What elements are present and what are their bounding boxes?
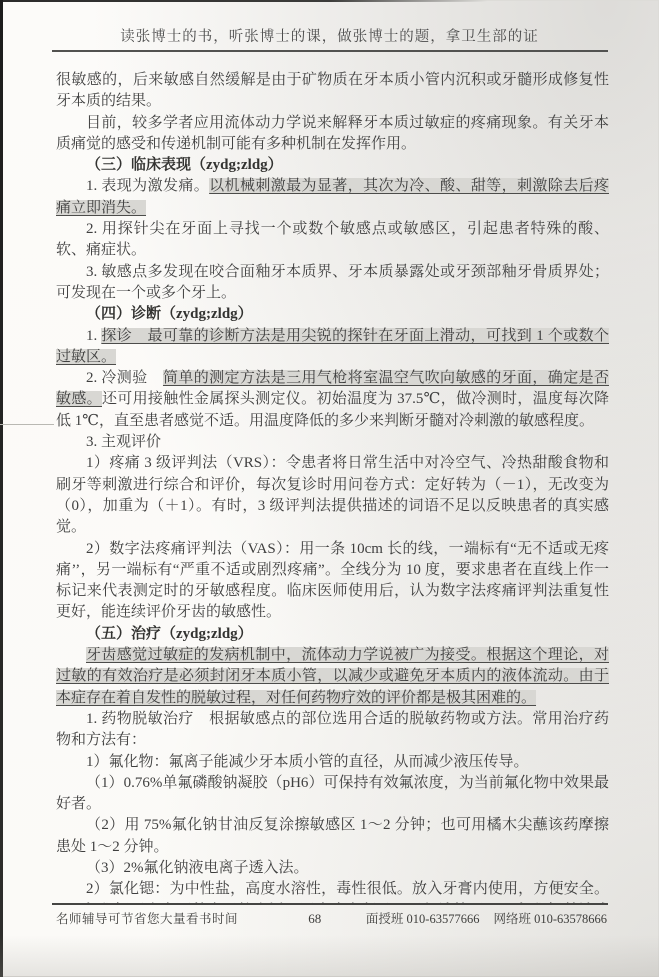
highlighted-text: 牙齿感觉过敏症的发病机制中，流体动力学说被广为接受。根据这个理论，对过敏的有效治… — [56, 647, 609, 706]
page-left-edge — [0, 0, 3, 977]
text-segment: 2. 冷测验 — [86, 370, 163, 386]
text-segment: （3）2%氟化钠液电离子透入法。 — [86, 860, 309, 876]
paragraph: 1）疼痛 3 级评判法（VRS）：令患者将日常生活中对冷空气、冷热甜酸食物和刷牙… — [56, 453, 609, 538]
text-segment: 2. 用探针尖在牙面上寻找一个或数个敏感点或敏感区，引起患者特殊的酸、软、痛症状… — [56, 221, 609, 258]
section-heading: （三）临床表现（zydg;zldg） — [56, 155, 609, 176]
text-segment: 3. 敏感点多发现在咬合面釉牙本质界、牙本质暴露处或牙颈部釉牙骨质界处；可发现在… — [56, 264, 609, 301]
text-segment: （三）临床表现（zydg;zldg） — [86, 157, 283, 173]
paragraph: 1. 药物脱敏治疗 根据敏感点的部位选用合适的脱敏药物或方法。常用治疗药物和方法… — [56, 709, 609, 752]
page-footer: 名师辅导可节省您大量看书时间 68 面授班 010-63577666 网络班 0… — [56, 909, 607, 927]
text-segment: 还可用接触性金属探头测定仪。初始温度为 37.5℃，做冷测时，温度每次降低 1℃… — [56, 391, 609, 428]
paragraph: 2. 用探针尖在牙面上寻找一个或数个敏感点或敏感区，引起患者特殊的酸、软、痛症状… — [56, 219, 609, 262]
footer-contact-inperson: 面授班 010-63577666 — [366, 909, 480, 927]
section-heading: （五）治疗（zydg;zldg） — [56, 624, 609, 645]
text-segment: 1. 药物脱敏治疗 根据敏感点的部位选用合适的脱敏药物或方法。常用治疗药物和方法… — [56, 711, 609, 748]
paragraph: 2. 冷测验 简单的测定方法是三用气枪将室温空气吹向敏感的牙面，确定是否敏感。还… — [56, 368, 609, 432]
text-segment: 2）数字法疼痛评判法（VAS）：用一条 10cm 长的线，一端标有“无不适或无疼… — [56, 541, 609, 621]
paragraph: 3. 主观评价 — [56, 432, 609, 453]
paragraph: （2）用 75%氟化钠甘油反复涂擦敏感区 1～2 分钟；也可用橘木尖蘸该药摩擦患… — [56, 815, 609, 858]
scanned-book-page: 读张博士的书，听张博士的课，做张博士的题，拿卫生部的证 很敏感的，后来敏感自然缓… — [0, 0, 659, 977]
text-segment: （2）用 75%氟化钠甘油反复涂擦敏感区 1～2 分钟；也可用橘木尖蘸该药摩擦患… — [56, 817, 609, 854]
paragraph: 目前，较多学者应用流体动力学说来解释牙本质过敏症的疼痛现象。有关牙本质痛觉的感受… — [56, 113, 609, 156]
paragraph: 3. 敏感点多发现在咬合面釉牙本质界、牙本质暴露处或牙颈部釉牙骨质界处；可发现在… — [56, 262, 609, 305]
text-segment: （1）0.76%单氟磷酸钠凝胶（pH6）可保持有效氟浓度，为当前氟化物中效果最好… — [56, 775, 609, 812]
text-segment: 1. — [86, 328, 101, 344]
footer-slogan: 名师辅导可节省您大量看书时间 — [56, 909, 280, 927]
paragraph: （1）0.76%单氟磷酸钠凝胶（pH6）可保持有效氟浓度，为当前氟化物中效果最好… — [56, 773, 609, 816]
paragraph: 2）氯化锶：为中性盐，高度水溶性，毒性很低。放入牙膏内使用，方便安全。10%氯化… — [56, 879, 609, 904]
text-segment: 1）疼痛 3 级评判法（VRS）：令患者将日常生活中对冷空气、冷热甜酸食物和刷牙… — [56, 455, 609, 535]
page-number: 68 — [280, 911, 350, 927]
text-segment: 2）氯化锶：为中性盐，高度水溶性，毒性很低。放入牙膏内使用，方便安全。10%氯化… — [56, 881, 609, 904]
section-heading: （四）诊断（zydg;zldg） — [56, 304, 609, 325]
page-top-edge — [0, 0, 659, 2]
paragraph: 牙齿感觉过敏症的发病机制中，流体动力学说被广为接受。根据这个理论，对过敏的有效治… — [56, 645, 609, 709]
header-slogan: 读张博士的书，听张博士的课，做张博士的题，拿卫生部的证 — [0, 25, 659, 46]
text-segment: 1）氟化物：氟离子能减少牙本质小管的直径，从而减少液压传导。 — [86, 754, 529, 770]
paragraph: 很敏感的，后来敏感自然缓解是由于矿物质在牙本质小管内沉积或牙髓形成修复性牙本质的… — [56, 70, 609, 113]
footer-contact-online: 网络班 010-63578666 — [493, 909, 607, 927]
footer-contacts: 面授班 010-63577666 网络班 010-63578666 — [350, 909, 607, 927]
text-segment: 3. 主观评价 — [86, 434, 161, 450]
paragraph: 2）数字法疼痛评判法（VAS）：用一条 10cm 长的线，一端标有“无不适或无疼… — [56, 539, 609, 624]
scan-artifact-line — [0, 424, 54, 425]
paragraph: 1. 表现为激发痛。以机械刺激最为显著，其次为冷、酸、甜等，刺激除去后疼痛立即消… — [56, 176, 609, 219]
paragraph: （3）2%氟化钠液电离子透入法。 — [56, 858, 609, 879]
text-segment: （四）诊断（zydg;zldg） — [86, 306, 253, 322]
document-content: 很敏感的，后来敏感自然缓解是由于矿物质在牙本质小管内沉积或牙髓形成修复性牙本质的… — [56, 70, 609, 904]
header-rule — [52, 50, 608, 52]
footer-rule — [52, 903, 608, 905]
paragraph: 1）氟化物：氟离子能减少牙本质小管的直径，从而减少液压传导。 — [56, 752, 609, 773]
paragraph: 1. 探诊 最可靠的诊断方法是用尖锐的探针在牙面上滑动，可找到 1 个或数个过敏… — [56, 326, 609, 369]
highlighted-text: 探诊 最可靠的诊断方法是用尖锐的探针在牙面上滑动，可找到 1 个或数个过敏区。 — [56, 328, 609, 365]
text-segment: 1. 表现为激发痛。 — [86, 178, 209, 194]
page-bottom-shadow — [0, 935, 659, 977]
text-segment: 很敏感的，后来敏感自然缓解是由于矿物质在牙本质小管内沉积或牙髓形成修复性牙本质的… — [56, 72, 609, 109]
text-segment: 目前，较多学者应用流体动力学说来解释牙本质过敏症的疼痛现象。有关牙本质痛觉的感受… — [56, 115, 609, 152]
text-segment: （五）治疗（zydg;zldg） — [86, 626, 253, 642]
